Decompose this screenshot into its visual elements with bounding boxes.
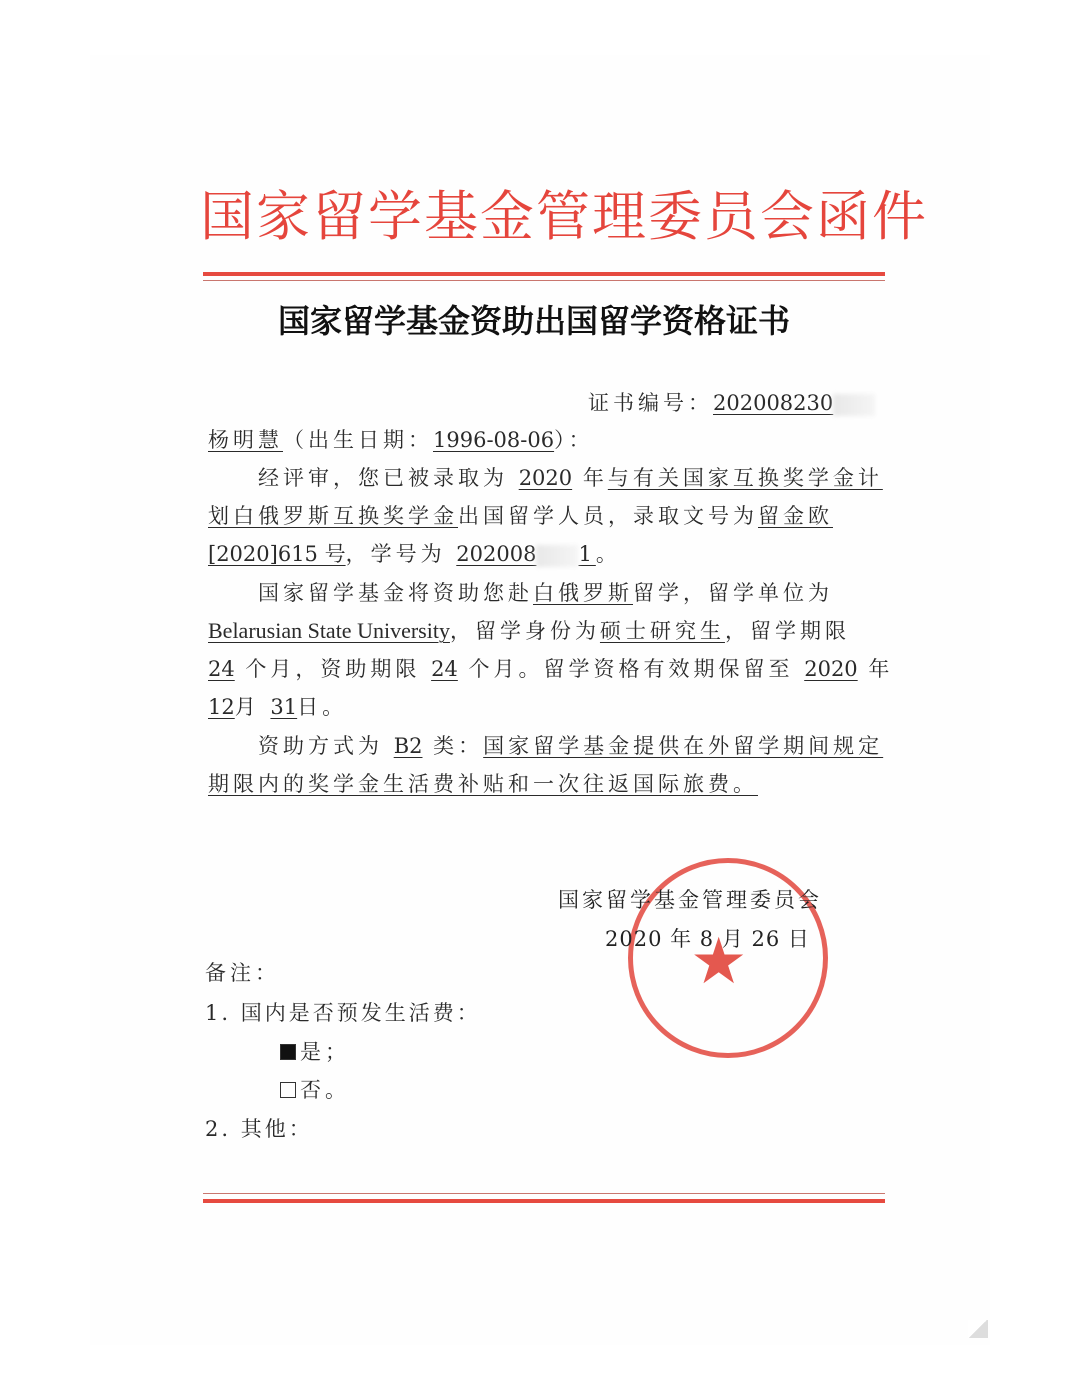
option-no-label: 否。	[300, 1078, 350, 1102]
program-name-cont: 划白俄罗斯互换奖学金	[208, 504, 458, 528]
paragraph2-line1: 国家留学基金将资助您赴白俄罗斯留学，留学单位为	[258, 578, 833, 608]
text: 类：	[433, 734, 483, 758]
text: 经评审，您已被录取为	[258, 466, 508, 490]
footer-rule-thin	[203, 1193, 885, 1194]
valid-year: 2020	[804, 657, 857, 681]
recipient-line: 杨明慧（出生日期：1996-08-06）：	[208, 425, 594, 455]
redacted-block	[833, 394, 875, 416]
letterhead-title: 国家留学基金管理委员会函件	[200, 182, 890, 252]
notes-item1: 1. 国内是否预发生活费：	[205, 998, 481, 1028]
certificate-number-value: 202008230	[713, 391, 833, 415]
program-name: 与有关国家互换奖学金计	[608, 466, 883, 490]
checkbox-checked-icon	[280, 1044, 296, 1060]
redacted-block	[536, 545, 578, 567]
funding-description: 国家留学基金提供在外留学期间规定	[483, 734, 883, 758]
recipient-name: 杨明慧	[208, 428, 283, 452]
birth-label-open: （出生日期：	[283, 428, 433, 452]
text: 个月，资助期限	[245, 657, 420, 681]
certificate-number-label: 证书编号：	[588, 391, 713, 415]
destination-country: 白俄罗斯	[533, 581, 633, 605]
signature-date: 2020 年 8 月 26 日	[605, 924, 810, 954]
student-number-end: 1	[578, 542, 595, 566]
option-yes: 是；	[280, 1037, 350, 1067]
text: ，留学期限	[725, 619, 850, 643]
valid-month: 12	[208, 695, 235, 719]
text: 。	[596, 542, 621, 566]
admission-doc-number-cont: [2020]615 号	[208, 542, 346, 566]
birth-date: 1996-08-06	[433, 428, 554, 452]
paragraph3-line1: 资助方式为 B2 类：国家留学基金提供在外留学期间规定	[258, 731, 883, 761]
text: 留学，留学单位为	[633, 581, 833, 605]
funding-type: B2	[394, 734, 423, 758]
text: 月	[235, 695, 260, 719]
study-duration: 24	[208, 657, 235, 681]
notes-title: 备注：	[205, 958, 280, 988]
option-yes-label: 是；	[300, 1040, 350, 1064]
birth-label-close: ）：	[554, 428, 594, 452]
paragraph2-line2: Belarusian State University，留学身份为硕士研究生，留…	[208, 616, 850, 646]
text: 出国留学人员，录取文号为	[458, 504, 758, 528]
valid-day: 31	[270, 695, 297, 719]
paragraph2-line4: 12月 31日。	[208, 692, 347, 722]
text: 年	[583, 466, 608, 490]
paragraph3-line2: 期限内的奖学金生活费补贴和一次往返国际旅费。	[208, 769, 758, 799]
notes-item2: 2. 其他：	[205, 1114, 313, 1144]
text: ，学号为	[346, 542, 446, 566]
study-status: 硕士研究生	[600, 619, 725, 643]
funding-description-cont: 期限内的奖学金生活费补贴和一次往返国际旅费。	[208, 772, 758, 796]
footer-rule-thick	[203, 1199, 885, 1203]
paragraph1-line3: [2020]615 号，学号为 2020081。	[208, 539, 621, 569]
certificate-number: 证书编号：202008230	[588, 388, 875, 418]
text: 年	[868, 657, 893, 681]
header-rule-thick	[203, 272, 885, 276]
host-university: Belarusian State University	[208, 618, 450, 643]
checkbox-unchecked-icon	[280, 1082, 296, 1098]
text: 资助方式为	[258, 734, 383, 758]
funding-duration: 24	[431, 657, 458, 681]
header-rule-thin	[203, 280, 885, 281]
paragraph1-line2: 划白俄罗斯互换奖学金出国留学人员，录取文号为留金欧	[208, 501, 833, 531]
text: 国家留学基金将资助您赴	[258, 581, 533, 605]
certificate-title: 国家留学基金资助出国留学资格证书	[200, 298, 868, 344]
signature-organization: 国家留学基金管理委员会	[558, 885, 822, 915]
admission-year: 2020	[519, 466, 572, 490]
paragraph1-line1: 经评审，您已被录取为 2020 年与有关国家互换奖学金计	[258, 463, 883, 493]
page-corner-shadow	[968, 1320, 988, 1338]
text: 日。	[297, 695, 347, 719]
text: 个月。留学资格有效期保留至	[469, 657, 794, 681]
admission-doc-number: 留金欧	[758, 504, 833, 528]
text: ，留学身份为	[450, 619, 600, 643]
option-no: 否。	[280, 1075, 350, 1105]
paragraph2-line3: 24 个月，资助期限 24 个月。留学资格有效期保留至 2020 年	[208, 654, 893, 684]
student-number: 202008	[456, 542, 536, 566]
